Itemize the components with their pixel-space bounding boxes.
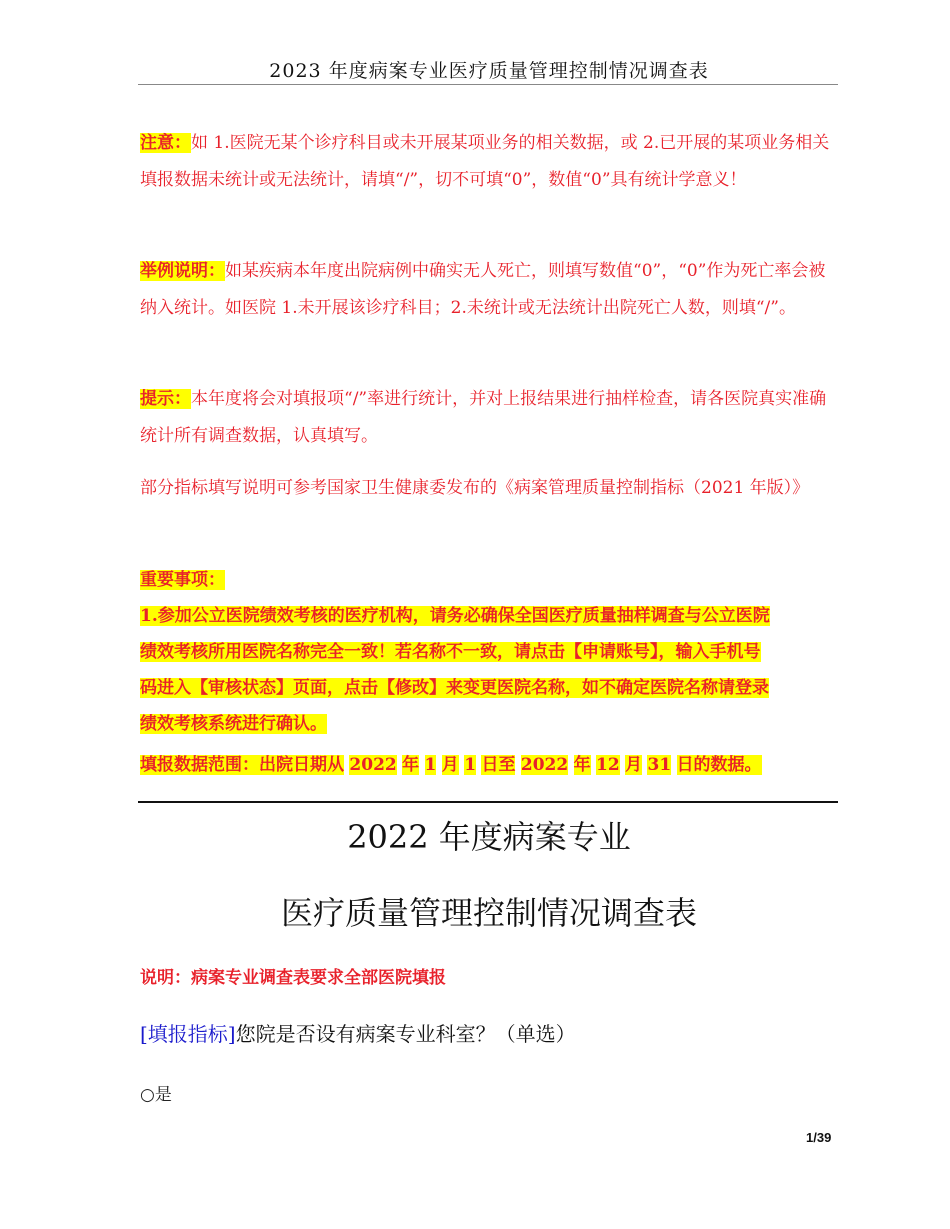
date-range-part: 年 (574, 755, 591, 775)
example-text: 如某疾病本年度出院病例中确实无人死亡，则填写数值“0”，“0”作为死亡率会被纳入… (140, 261, 825, 318)
question-text: 您院是否设有病案专业科室？（单选） (236, 1022, 576, 1046)
important-section: 重要事项： 1.参加公立医院绩效考核的医疗机构，请务必确保全国医疗质量抽样调查与… (140, 562, 770, 742)
important-line: 1.参加公立医院绩效考核的医疗机构，请务必确保全国医疗质量抽样调查与公立医院 (140, 606, 770, 626)
option-yes[interactable]: ○是 (140, 1080, 172, 1105)
example-paragraph: 举例说明：如某疾病本年度出院病例中确实无人死亡，则填写数值“0”，“0”作为死亡… (140, 253, 838, 327)
date-range-part: 月 (625, 755, 642, 775)
page-number: 1/39 (806, 1130, 831, 1145)
radio-circle-icon[interactable]: ○ (140, 1085, 155, 1105)
date-range-part: 1 (425, 755, 437, 775)
tip-label: 提示： (140, 389, 191, 409)
date-range-part: 12 (596, 755, 620, 775)
date-range-part: 年 (402, 755, 419, 775)
example-label: 举例说明： (140, 261, 225, 281)
header-divider (138, 84, 838, 85)
survey-note: 说明：病案专业调查表要求全部医院填报 (140, 963, 446, 988)
date-range-part: 2022 (349, 755, 396, 775)
question-tag: [填报指标] (140, 1022, 236, 1046)
tip-text: 本年度将会对填报项“/”率进行统计，并对上报结果进行抽样检查，请各医院真实准确统… (140, 389, 826, 446)
date-range-part: 月 (442, 755, 459, 775)
important-title: 重要事项： (140, 570, 225, 590)
reference-paragraph: 部分指标填写说明可参考国家卫生健康委发布的《病案管理质量控制指标（2021 年版… (140, 470, 809, 507)
date-range-part: 1 (464, 755, 476, 775)
option-label: 是 (155, 1085, 172, 1105)
date-range-paragraph: 填报数据范围：出院日期从 2022 年 1 月 1 日至 2022 年 12 月… (140, 747, 762, 784)
notice-paragraph: 注意：如 1.医院无某个诊疗科目或未开展某项业务的相关数据，或 2.已开展的某项… (140, 125, 838, 199)
important-line: 绩效考核所用医院名称完全一致！若名称不一致，请点击【申请账号】，输入手机号 (140, 642, 761, 662)
date-range-part: 日至 (481, 755, 515, 775)
date-range-part: 2022 (521, 755, 568, 775)
running-header: 2023 年度病案专业医疗质量管理控制情况调查表 (140, 56, 838, 83)
tip-paragraph: 提示：本年度将会对填报项“/”率进行统计，并对上报结果进行抽样检查，请各医院真实… (140, 381, 838, 455)
survey-title-line2: 医疗质量管理控制情况调查表 (140, 888, 838, 934)
important-line: 绩效考核系统进行确认。 (140, 714, 327, 734)
section-divider (138, 801, 838, 803)
survey-title-line1: 2022 年度病案专业 (140, 812, 838, 858)
important-line: 码进入【审核状态】页面，点击【修改】来变更医院名称，如不确定医院名称请登录 (140, 678, 769, 698)
question-1: [填报指标]您院是否设有病案专业科室？（单选） (140, 1018, 576, 1047)
notice-label: 注意： (140, 133, 191, 153)
notice-text: 如 1.医院无某个诊疗科目或未开展某项业务的相关数据，或 2.已开展的某项业务相… (140, 133, 829, 190)
document-page: 2023 年度病案专业医疗质量管理控制情况调查表 注意：如 1.医院无某个诊疗科… (0, 0, 950, 1229)
date-range-part: 31 (647, 755, 671, 775)
date-range-part: 填报数据范围：出院日期从 (140, 755, 344, 775)
date-range-part: 日的数据。 (677, 755, 762, 775)
